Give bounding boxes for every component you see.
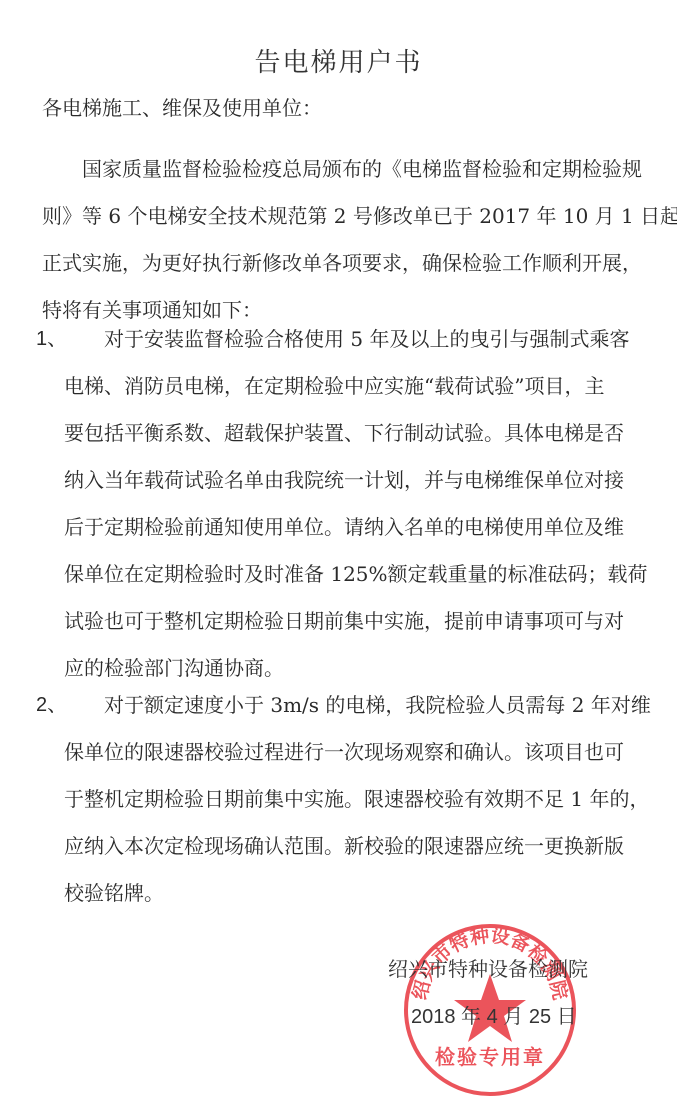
item-number: 1、 <box>36 316 67 363</box>
item-line: 对于额定速度小于 3m/s 的电梯，我院检验人员需每 2 年对维 <box>64 682 656 729</box>
item-body: 对于额定速度小于 3m/s 的电梯，我院检验人员需每 2 年对维 保单位的限速器… <box>64 682 656 917</box>
intro-line: 则》等 6 个电梯安全技术规范第 2 号修改单已于 2017 年 10 月 1 … <box>42 193 642 240</box>
salutation: 各电梯施工、维保及使用单位： <box>42 92 322 121</box>
item-line: 保单位的限速器校验过程进行一次现场观察和确认。该项目也可 <box>64 729 656 776</box>
item-line: 要包括平衡系数、超载保护装置、下行制动试验。具体电梯是否 <box>64 410 656 457</box>
item-line: 保单位在定期检验时及时准备 125%额定载重量的标准砝码；载荷 <box>64 551 656 598</box>
item-line: 校验铭牌。 <box>64 870 656 917</box>
item-line: 应纳入本次定检现场确认范围。新校验的限速器应统一更换新版 <box>64 823 656 870</box>
document-title: 告电梯用户书 <box>0 42 677 79</box>
item-line: 纳入当年载荷试验名单由我院统一计划，并与电梯维保单位对接 <box>64 457 656 504</box>
item-line: 电梯、消防员电梯，在定期检验中应实施“载荷试验”项目，主 <box>64 363 656 410</box>
intro-paragraph: 国家质量监督检验检疫总局颁布的《电梯监督检验和定期检验规 则》等 6 个电梯安全… <box>42 146 642 334</box>
intro-line: 正式实施，为更好执行新修改单各项要求，确保检验工作顺利开展， <box>42 240 642 287</box>
item-line: 试验也可于整机定期检验日期前集中实施，提前申请事项可与对 <box>64 598 656 645</box>
seal-bottom-text: 检验专用章 <box>435 1045 545 1069</box>
item-line: 对于安装监督检验合格使用 5 年及以上的曳引与强制式乘客 <box>64 316 656 363</box>
issue-date: 2018 年 4 月 25 日 <box>411 1000 577 1029</box>
item-line: 后于定期检验前通知使用单位。请纳入名单的电梯使用单位及维 <box>64 504 656 551</box>
issuer-signature: 绍兴市特种设备检测院 <box>388 953 588 982</box>
item-line: 于整机定期检验日期前集中实施。限速器校验有效期不足 1 年的， <box>64 776 656 823</box>
item-number: 2、 <box>36 682 67 729</box>
item-body: 对于安装监督检验合格使用 5 年及以上的曳引与强制式乘客 电梯、消防员电梯，在定… <box>64 316 656 692</box>
intro-line: 国家质量监督检验检疫总局颁布的《电梯监督检验和定期检验规 <box>42 146 642 193</box>
